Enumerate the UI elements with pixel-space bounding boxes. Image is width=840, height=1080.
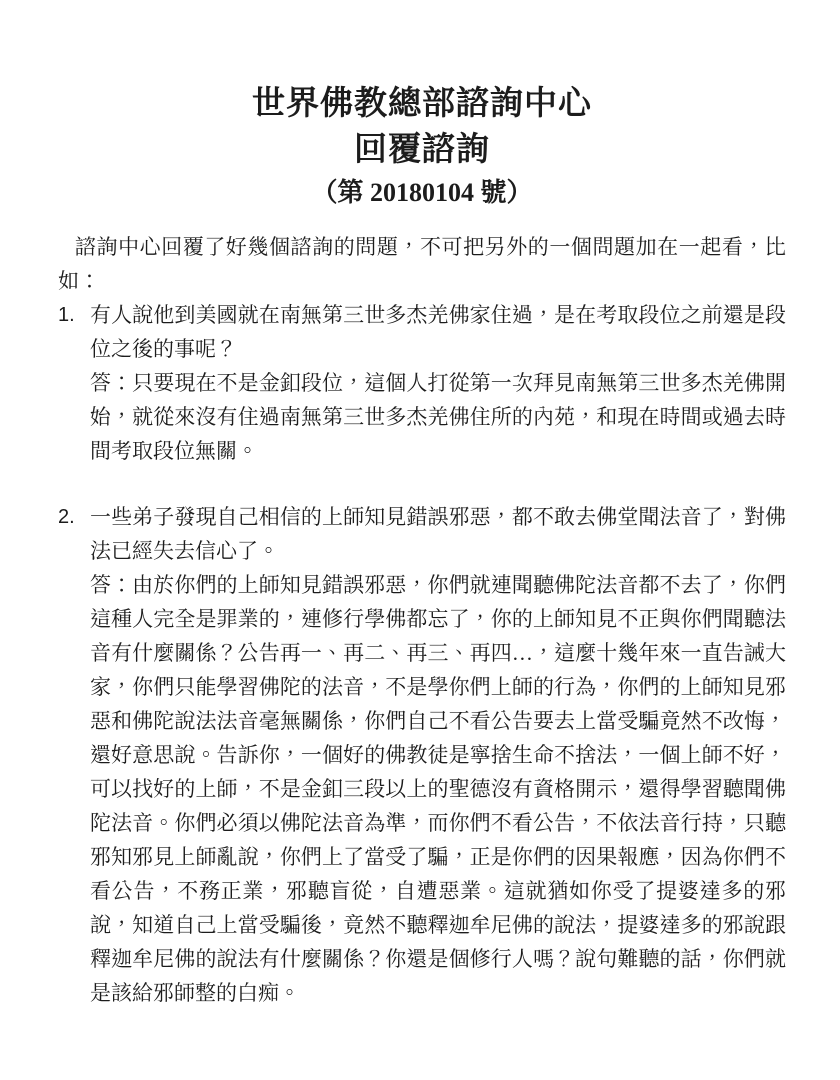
- doc-number-suffix: 號）: [474, 178, 533, 207]
- qa-item-2-question: 一些弟子發現自己相信的上師知見錯誤邪惡，都不敢去佛堂聞法音了，對佛法已經失去信心…: [90, 500, 786, 568]
- document-header: 世界佛教總部諮詢中心 回覆諮詢 （第 20180104 號）: [58, 81, 786, 213]
- qa-item-1-answer: 答：只要現在不是金釦段位，這個人打從第一次拜見南無第三世多杰羌佛開始，就從來沒有…: [90, 366, 786, 468]
- doc-number: 20180104: [370, 178, 474, 207]
- qa-item-2-answer: 答：由於你們的上師知見錯誤邪惡，你們就連聞聽佛陀法音都不去了，你們這種人完全是罪…: [90, 568, 786, 1010]
- qa-item-1-question: 有人說他到美國就在南無第三世多杰羌佛家住過，是在考取段位之前還是段位之後的事呢？: [90, 298, 786, 366]
- doc-number-prefix: （第: [311, 178, 370, 207]
- doc-number-line: （第 20180104 號）: [58, 173, 786, 213]
- qa-item-1: 1. 有人說他到美國就在南無第三世多杰羌佛家住過，是在考取段位之前還是段位之後的…: [58, 298, 786, 468]
- org-title: 世界佛教總部諮詢中心: [58, 81, 786, 127]
- qa-item-2-number: 2.: [58, 500, 86, 534]
- qa-list: 1. 有人說他到美國就在南無第三世多杰羌佛家住過，是在考取段位之前還是段位之後的…: [58, 298, 786, 1010]
- qa-item-1-number: 1.: [58, 298, 86, 332]
- doc-title: 回覆諮詢: [58, 127, 786, 173]
- document-page: 世界佛教總部諮詢中心 回覆諮詢 （第 20180104 號） 諮詢中心回覆了好幾…: [0, 0, 840, 1080]
- qa-item-2: 2. 一些弟子發現自己相信的上師知見錯誤邪惡，都不敢去佛堂聞法音了，對佛法已經失…: [58, 500, 786, 1010]
- intro-paragraph: 諮詢中心回覆了好幾個諮詢的問題，不可把另外的一個問題加在一起看，比如：: [58, 230, 786, 298]
